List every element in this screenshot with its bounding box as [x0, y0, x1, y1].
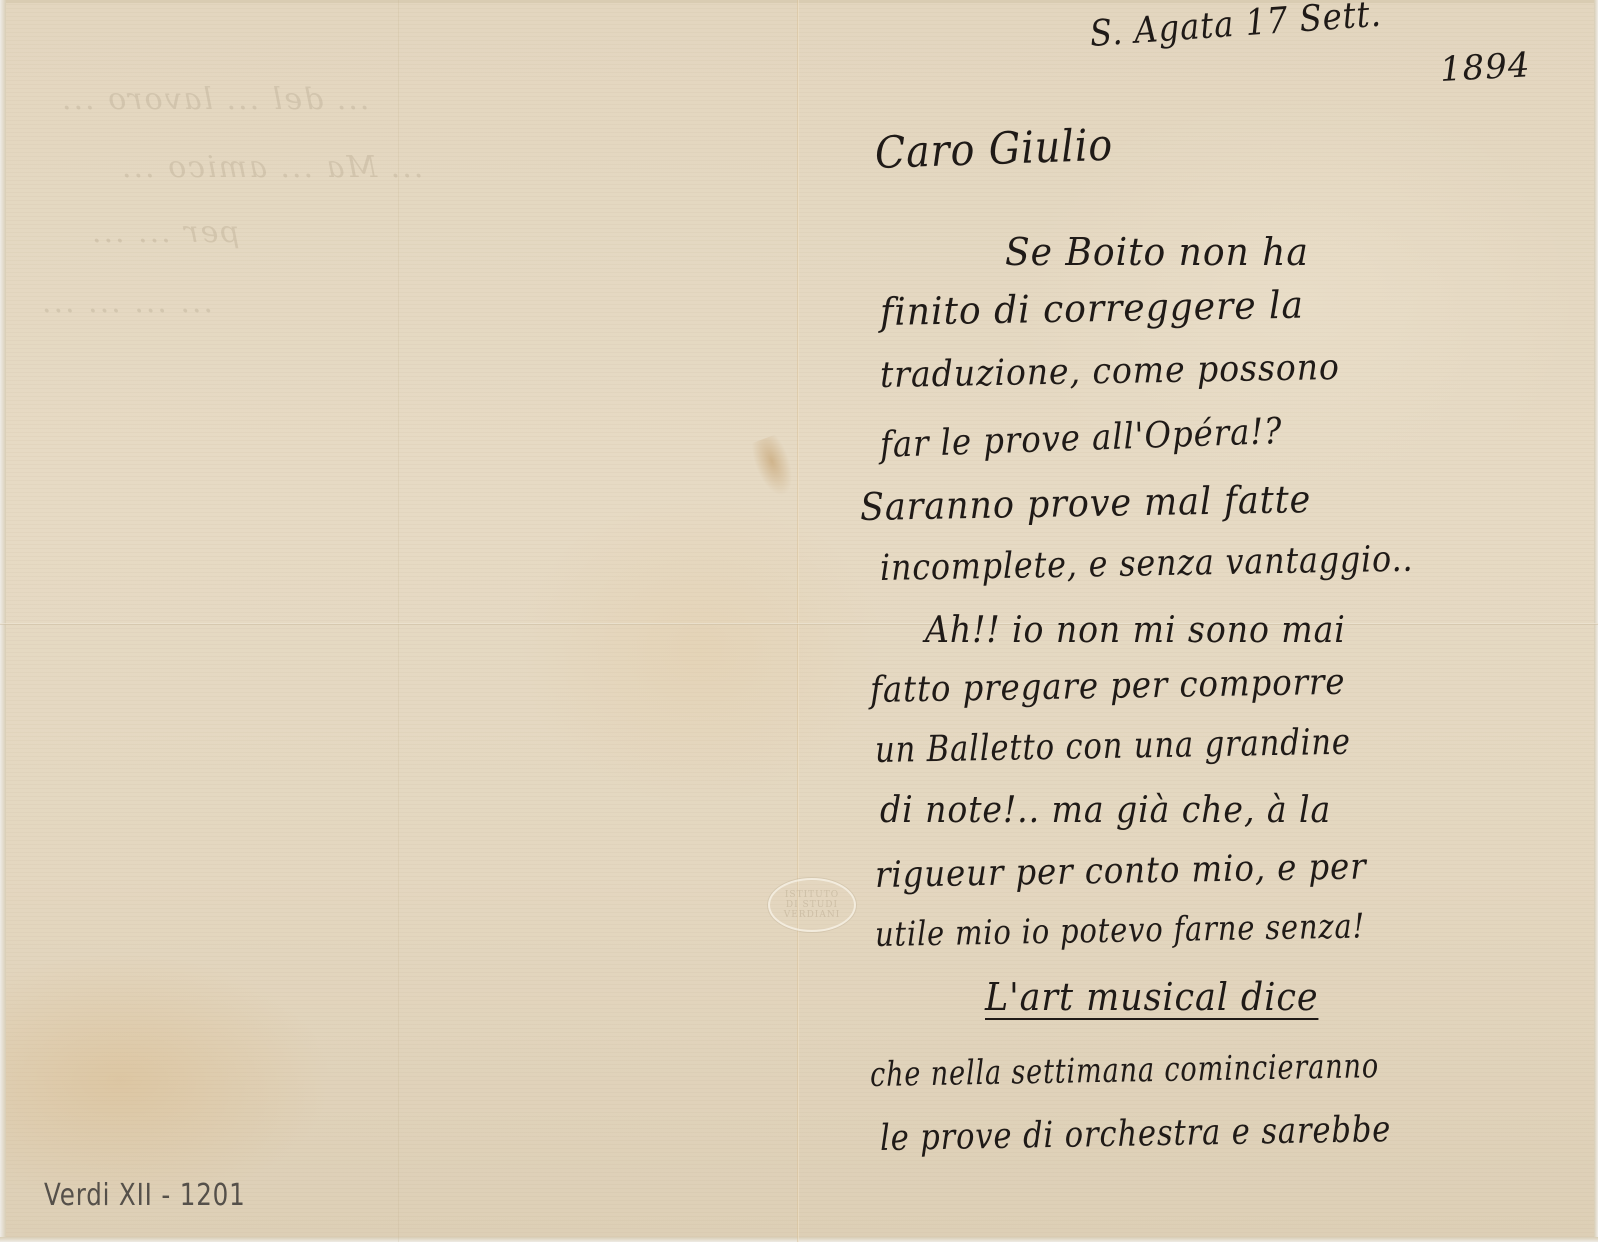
letter-body-line: far le prove all'Opéra!? — [879, 411, 1283, 466]
letter-body-line: traduzione, come possono — [880, 347, 1340, 396]
fold-line-quarter — [398, 0, 399, 1242]
letter-body-line: finito di correggere la — [880, 283, 1305, 334]
letter-body-line: le prove di orchestra e sarebbe — [880, 1109, 1392, 1159]
fold-line-horizontal — [0, 623, 1598, 625]
stamp-text-line: VERDIANI — [784, 910, 841, 920]
fold-line-vertical — [797, 0, 799, 1242]
letter-body-line: L'art musical dice — [985, 975, 1318, 1019]
letter-body-line: Ah!! io non mi sono mai — [925, 610, 1346, 651]
letter-body-line: un Balletto con una grandine — [875, 722, 1351, 771]
letter-body-line: utile mio io potevo farne senza! — [875, 906, 1366, 955]
letter-body-line: rigueur per conto mio, e per — [875, 846, 1367, 896]
letter-body-line: di note!.. ma già che, à la — [880, 790, 1331, 831]
stamp-text-line: DI STUDI — [784, 900, 841, 910]
letter-body-line: incomplete, e senza vantaggio.. — [880, 539, 1414, 589]
paper-edge-right — [1594, 0, 1598, 1242]
archive-catalog-label: Verdi XII - 1201 — [44, 1178, 246, 1213]
bleed-through-line: ... Ma ... amico ... — [120, 150, 423, 185]
paper-edge-left — [0, 0, 6, 1242]
bleed-through-line: ... del ... lavoro ... — [60, 82, 369, 117]
bleed-through-line: ... ... ... ... — [40, 285, 213, 320]
paper-stain — [748, 433, 800, 501]
letter-place-date: S. Agata 17 Sett. — [1089, 0, 1383, 55]
letter-salutation: Caro Giulio — [874, 120, 1114, 179]
paper-edge-bottom — [0, 1237, 1598, 1242]
bleed-through-line: per ... ... — [90, 215, 240, 250]
letter-body-line: fatto pregare per comporre — [870, 662, 1346, 711]
letter-year: 1894 — [1439, 45, 1532, 90]
letter-sheet: ... del ... lavoro ... ... Ma ... amico … — [0, 0, 1598, 1242]
archive-stamp: ISTITUTO DI STUDI VERDIANI — [768, 878, 856, 932]
letter-body-line: che nella settimana comincieranno — [870, 1046, 1380, 1095]
stamp-text-line: ISTITUTO — [784, 890, 841, 900]
letter-body-line: Se Boito non ha — [1005, 230, 1309, 274]
letter-body-line: Saranno prove mal fatte — [860, 477, 1312, 529]
